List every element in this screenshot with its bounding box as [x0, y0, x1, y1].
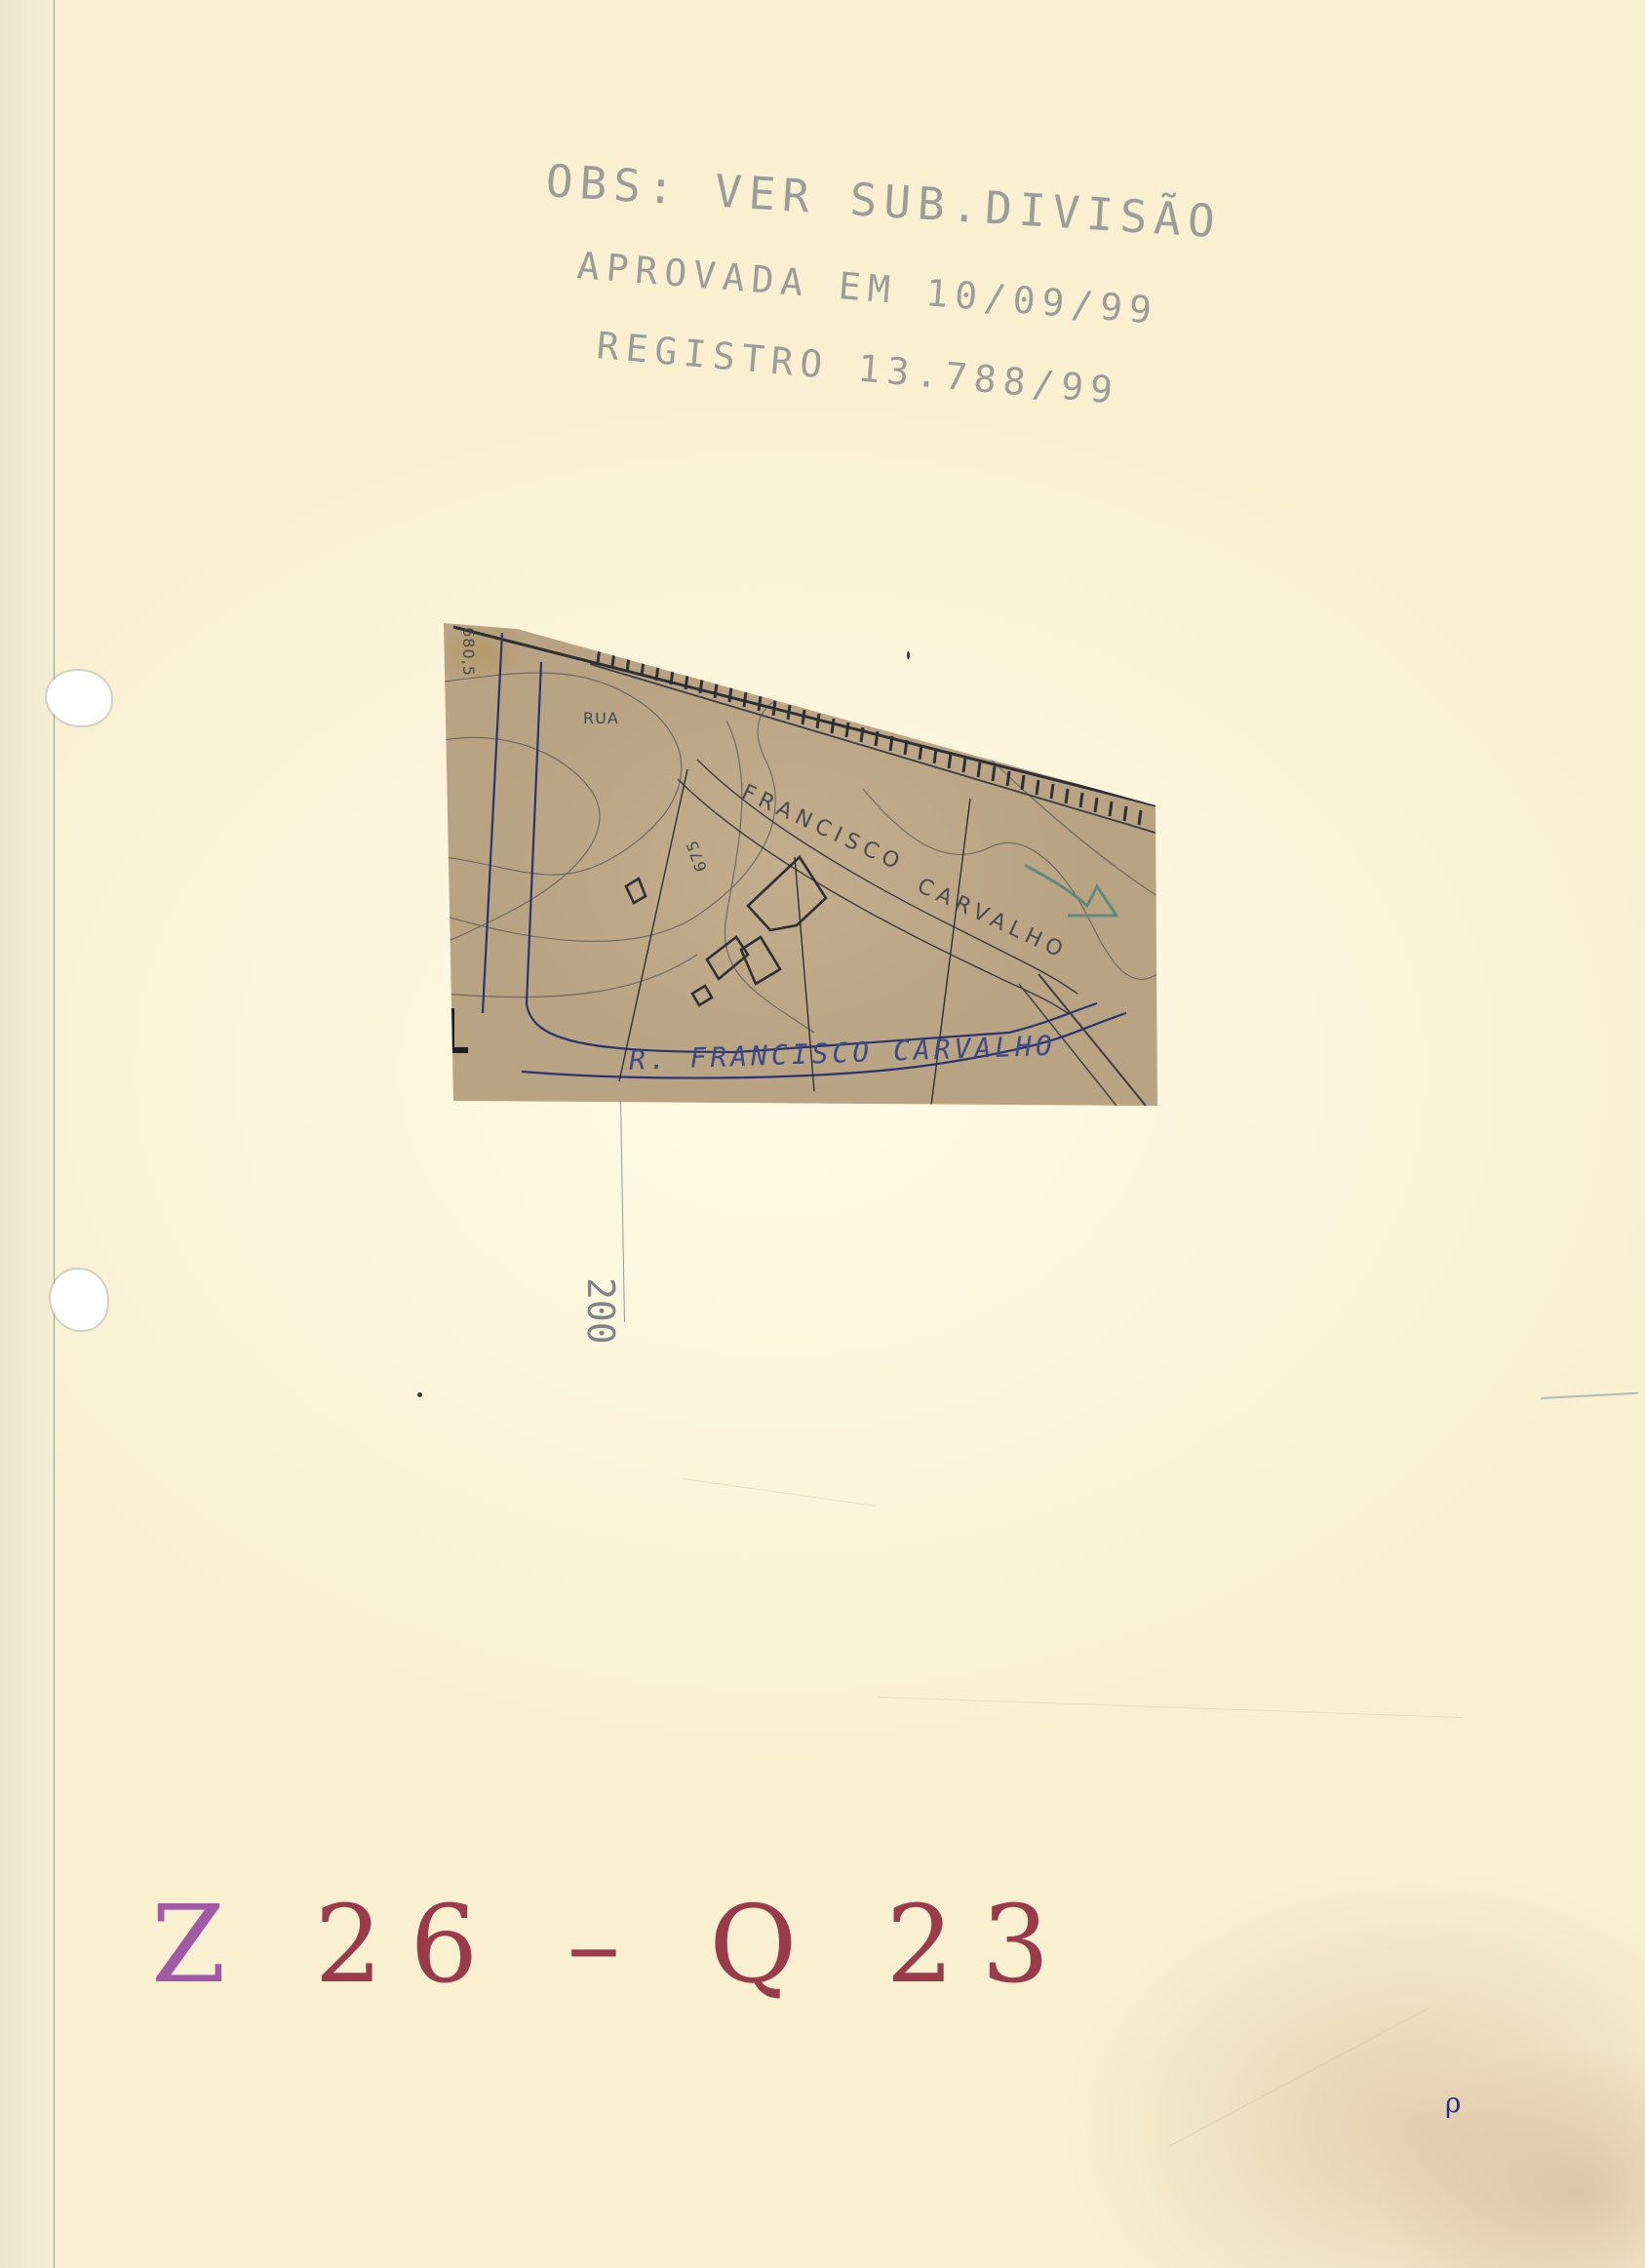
sheet-code-rest: 26 – Q 23 [314, 1882, 1077, 2007]
paper-fold [878, 1697, 1463, 1718]
scanned-document-page: OBS: VER SUB.DIVISÃO APROVADA EM 10/09/9… [0, 0, 1645, 2268]
paper-tear [1541, 1392, 1638, 1399]
scale-ticks [598, 648, 1141, 825]
dimension-label: 200 [579, 1277, 622, 1345]
margin-line [54, 0, 55, 2268]
binding-strip [0, 0, 54, 2268]
sheet-code: Z 26 – Q 23 [151, 1882, 1077, 2007]
paper-fold [1170, 2008, 1429, 2146]
elevation-label: 680,5 [459, 627, 478, 677]
corner-mark [451, 1008, 468, 1050]
corner-pen-mark: ρ [1445, 2087, 1461, 2119]
pasted-map-fragment: 680,5 RUA FRANCISCO CARVALHO 675 R. FRAN… [444, 623, 1157, 1106]
struck-out-label: RUA [583, 709, 619, 727]
sheet-code-zone: Z [151, 1882, 253, 2007]
hand-drawn-road [483, 633, 1126, 1078]
pencil-note-registration: REGISTRO 13.788/99 [595, 324, 1121, 412]
pencil-note-observation: OBS: VER SUB.DIVISÃO [544, 154, 1223, 248]
ink-speck [417, 1392, 422, 1397]
paper-fold [683, 1478, 876, 1506]
direction-arrow [1025, 865, 1116, 916]
punch-hole-bottom [51, 1270, 107, 1330]
pencil-note-approval-date: APROVADA EM 10/09/99 [575, 244, 1159, 332]
punch-hole-top [47, 671, 111, 725]
ink-speck [907, 651, 910, 659]
